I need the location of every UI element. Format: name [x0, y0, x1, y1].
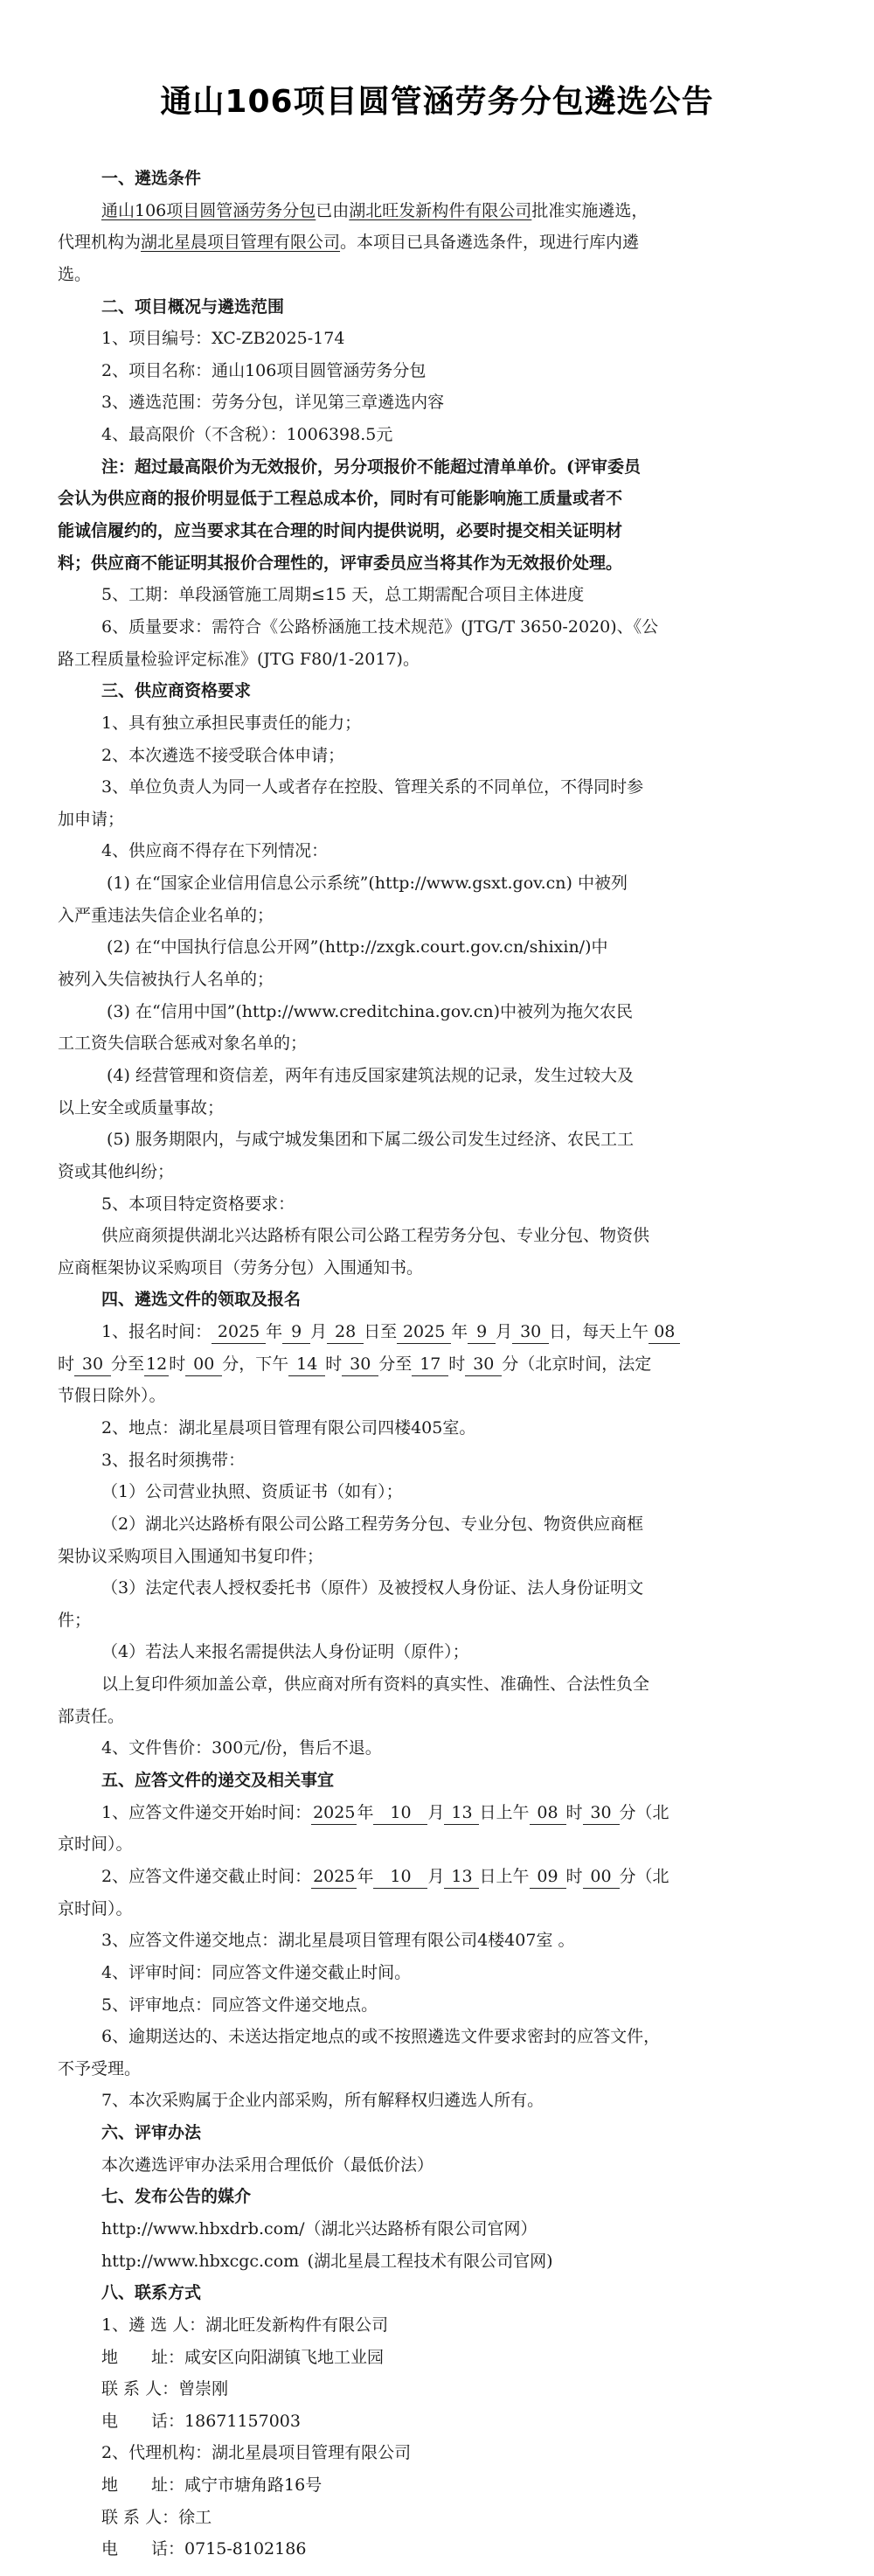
review-time: 4、评审时间：同应答文件递交截止时间。 — [58, 1957, 827, 1989]
text: 日上午 — [479, 1803, 529, 1822]
registration-time-end: 节假日除外）。 — [58, 1380, 827, 1412]
reg-end-month: 9 — [468, 1320, 496, 1344]
value: 湖北星晨项目管理有限公司 — [212, 2443, 411, 2462]
deadline-year: 2025 — [311, 1865, 357, 1889]
text: 月 — [496, 1322, 512, 1341]
project-name: 2、项目名称：通山106项目圆管涵劳务分包 — [58, 355, 827, 387]
material-item: （4）若法人来报名需提供法人身份证明（原件）； — [58, 1636, 827, 1668]
page-title: 通山106项目圆管涵劳务分包遴选公告 — [0, 77, 874, 122]
text: 时 — [566, 1803, 583, 1822]
text: 分至 — [378, 1354, 412, 1374]
agent-name: 2、代理机构：湖北星晨项目管理有限公司 — [58, 2437, 827, 2469]
materials-note-cont: 部责任。 — [58, 1701, 827, 1733]
agent-contact: 联 系 人：徐工 — [58, 2502, 827, 2534]
value: 徐工 — [178, 2508, 212, 2527]
project-name-link: 通山106项目圆管涵劳务分包 — [101, 201, 316, 220]
selector-name: 1、遴 选 人：湖北旺发新构件有限公司 — [58, 2309, 827, 2342]
text: 日上午 — [479, 1867, 529, 1886]
late-submission-rule: 6、逾期送达的、未送达指定地点的或不按照遴选文件要求密封的应答文件， — [58, 2021, 827, 2053]
text: 年 — [357, 1867, 373, 1886]
price-note: 会认为供应商的报价明显低于工程总成本价，同时有可能影响施工质量或者不 — [58, 483, 827, 515]
price-note: 料；供应商不能证明其报价合理性的，评审委员应当将其作为无效报价处理。 — [58, 547, 827, 580]
value: 咸安区向阳湖镇飞地工业园 — [184, 2348, 384, 2367]
submission-start-year: 2025 — [311, 1801, 357, 1825]
reg-am-start-minute: 30 — [74, 1353, 111, 1376]
text: 。本项目已具备遴选条件，现进行库内遴 — [340, 233, 639, 252]
section-heading-qualification: 三、供应商资格要求 — [58, 675, 827, 707]
media-url-link[interactable]: http://www.hbxdrb.com/ — [101, 2219, 305, 2238]
qualification-item: 1、具有独立承担民事责任的能力； — [58, 707, 827, 740]
label: 地 址： — [101, 2348, 184, 2367]
qualification-item: 5、本项目特定资格要求： — [58, 1188, 827, 1221]
document-price: 4、文件售价：300元/份，售后不退。 — [58, 1732, 827, 1765]
conditions-paragraph-cont: 代理机构为湖北星晨项目管理有限公司。本项目已具备遴选条件，现进行库内遴 — [58, 226, 827, 259]
text: 分（北 — [620, 1803, 669, 1822]
selection-scope: 3、遴选范围：劳务分包，详见第三章遴选内容 — [58, 386, 827, 419]
exclusion-item-cont: 入严重违法失信企业名单的； — [58, 900, 827, 932]
reg-pm-start-hour: 14 — [288, 1353, 325, 1376]
late-submission-rule-cont: 不予受理。 — [58, 2053, 827, 2085]
max-price: 4、最高限价（不含税）：1006398.5元 — [58, 419, 827, 451]
registration-time-cont: 时30分至12时00分，下午14时30分至17时30分（北京时间，法定 — [58, 1348, 827, 1381]
material-item-cont: 件； — [58, 1605, 827, 1637]
agent-phone: 电 话：0715-8102186 — [58, 2533, 827, 2566]
label: 联 系 人： — [101, 2379, 178, 2398]
text: 时 — [325, 1354, 342, 1374]
text: 时 — [566, 1867, 583, 1886]
media-url-link[interactable]: http://www.hbxcgc.com — [101, 2252, 299, 2271]
section-heading-contact: 八、联系方式 — [58, 2277, 827, 2309]
materials-note: 以上复印件须加盖公章，供应商对所有资料的真实性、准确性、合法性负全 — [58, 1668, 827, 1701]
reg-pm-start-minute: 30 — [342, 1353, 378, 1376]
value: 曾崇刚 — [178, 2379, 228, 2398]
deadline-minute: 00 — [583, 1865, 620, 1889]
duration: 5、工期：单段涵管施工周期≤15 天，总工期需配合项目主体进度 — [58, 579, 827, 611]
text: 代理机构为 — [58, 233, 141, 252]
text: 分（北 — [620, 1867, 669, 1886]
interpretation-right: 7、本次采购属于企业内部采购，所有解释权归遴选人所有。 — [58, 2085, 827, 2117]
label: 联 系 人： — [101, 2508, 178, 2527]
text: 1、报名时间： — [101, 1322, 212, 1341]
reg-am-end-hour: 12 — [144, 1353, 169, 1376]
exclusion-item: (4) 经营管理和资信差，两年有违反国家建筑法规的记录，发生过较大及 — [58, 1060, 827, 1092]
reg-end-day: 30 — [512, 1320, 549, 1344]
submission-start-day: 13 — [444, 1801, 479, 1825]
text: 时 — [448, 1354, 465, 1374]
selector-company: 湖北旺发新构件有限公司 — [349, 201, 531, 220]
text: 时 — [169, 1354, 185, 1374]
registration-materials: 3、报名时须携带： — [58, 1445, 827, 1477]
specific-qualification: 供应商须提供湖北兴达路桥有限公司公路工程劳务分包、专业分包、物资供 — [58, 1220, 827, 1252]
exclusion-item: (2) 在“中国执行信息公开网”(http://zxgk.court.gov.c… — [58, 931, 827, 964]
text: 年 — [357, 1803, 373, 1822]
section-heading-conditions: 一、遴选条件 — [58, 163, 827, 195]
submission-start-time: 1、应答文件递交开始时间：2025年10月13日上午08时30分（北 — [58, 1797, 827, 1829]
conditions-paragraph-end: 选。 — [58, 259, 827, 291]
agent-company: 湖北星晨项目管理有限公司 — [141, 233, 340, 252]
label: 电 话： — [101, 2539, 184, 2559]
media-desc: （湖北兴达路桥有限公司官网） — [305, 2219, 538, 2238]
media-desc: (湖北星晨工程技术有限公司官网) — [308, 2252, 553, 2271]
reg-start-year: 2025 — [212, 1320, 266, 1344]
registration-location: 2、地点：湖北星晨项目管理有限公司四楼405室。 — [58, 1412, 827, 1445]
text: 分，下午 — [222, 1354, 288, 1374]
label: 电 话： — [101, 2412, 184, 2431]
price-note: 能诚信履约的，应当要求其在合理的时间内提供说明，必要时提交相关证明材 — [58, 515, 827, 547]
section-heading-registration: 四、遴选文件的领取及报名 — [58, 1284, 827, 1316]
specific-qualification-cont: 应商框架协议采购项目（劳务分包）入围通知书。 — [58, 1252, 827, 1285]
section-heading-media: 七、发布公告的媒介 — [58, 2181, 827, 2213]
text: 分（北京时间，法定 — [502, 1354, 651, 1374]
submission-location: 3、应答文件递交地点：湖北星晨项目管理有限公司4楼407室 。 — [58, 1925, 827, 1957]
text: 1、应答文件递交开始时间： — [101, 1803, 311, 1822]
review-location: 5、评审地点：同应答文件递交地点。 — [58, 1989, 827, 2022]
reg-start-month: 9 — [282, 1320, 310, 1344]
exclusion-item: (1) 在“国家企业信用信息公示系统”(http://www.gsxt.gov.… — [58, 867, 827, 900]
selector-contact: 联 系 人：曾崇刚 — [58, 2373, 827, 2405]
reg-am-end-minute: 00 — [185, 1353, 222, 1376]
label: 1、遴 选 人： — [101, 2315, 205, 2335]
phone-value: 18671157003 — [184, 2412, 301, 2431]
reg-am-start-hour: 08 — [649, 1320, 680, 1344]
section-heading-submission: 五、应答文件的递交及相关事宜 — [58, 1765, 827, 1797]
label: 2、代理机构： — [101, 2443, 212, 2462]
phone-value: 0715-8102186 — [184, 2539, 306, 2559]
exclusion-item: (3) 在“信用中国”(http://www.creditchina.gov.c… — [58, 996, 827, 1028]
conditions-paragraph: 通山106项目圆管涵劳务分包已由湖北旺发新构件有限公司批准实施遴选， — [58, 195, 827, 227]
label: 地 址： — [101, 2475, 184, 2495]
deadline-day: 13 — [444, 1865, 479, 1889]
qualification-item: 4、供应商不得存在下列情况： — [58, 835, 827, 867]
submission-start-month: 10 — [373, 1801, 427, 1825]
text: 日，每天上午 — [549, 1322, 649, 1341]
announcement-body: 一、遴选条件 通山106项目圆管涵劳务分包已由湖北旺发新构件有限公司批准实施遴选… — [58, 163, 827, 2566]
value: 咸宁市塘角路16号 — [184, 2475, 322, 2495]
exclusion-item-cont: 被列入失信被执行人名单的； — [58, 964, 827, 996]
selector-phone: 电 话：18671157003 — [58, 2405, 827, 2438]
qualification-item: 2、本次遴选不接受联合体申请； — [58, 740, 827, 772]
value: 湖北旺发新构件有限公司 — [205, 2315, 388, 2335]
reg-pm-end-minute: 30 — [465, 1353, 502, 1376]
exclusion-item-cont: 以上安全或质量事故； — [58, 1092, 827, 1124]
project-number: 1、项目编号：XC-ZB2025-174 — [58, 323, 827, 355]
deadline-hour: 09 — [530, 1865, 566, 1889]
exclusion-item: (5) 服务期限内，与咸宁城发集团和下属二级公司发生过经济、农民工工 — [58, 1124, 827, 1156]
text: 月 — [427, 1803, 444, 1822]
text: 已由 — [316, 201, 349, 220]
section-heading-evaluation: 六、评审办法 — [58, 2117, 827, 2149]
evaluation-method: 本次遴选评审办法采用合理低价（最低价法） — [58, 2149, 827, 2182]
text: 日至 — [364, 1322, 397, 1341]
text: 年 — [451, 1322, 468, 1341]
submission-start-hour: 08 — [530, 1801, 566, 1825]
material-item: （3）法定代表人授权委托书（原件）及被授权人身份证、法人身份证明文 — [58, 1572, 827, 1605]
material-item: （2）湖北兴达路桥有限公司公路工程劳务分包、专业分包、物资供应商框 — [58, 1508, 827, 1541]
quality-requirement: 6、质量要求：需符合《公路桥涵施工技术规范》(JTG/T 3650-2020)、… — [58, 611, 827, 644]
text: 月 — [427, 1867, 444, 1886]
text: 年 — [266, 1322, 282, 1341]
text: 批准实施遴选， — [531, 201, 648, 220]
selector-address: 地 址：咸安区向阳湖镇飞地工业园 — [58, 2342, 827, 2374]
registration-time: 1、报名时间：2025年9月28日至2025年9月30日，每天上午08 — [58, 1316, 827, 1348]
exclusion-item-cont: 资或其他纠纷； — [58, 1156, 827, 1188]
section-heading-overview: 二、项目概况与遴选范围 — [58, 291, 827, 324]
text: 2、应答文件递交截止时间： — [101, 1867, 311, 1886]
material-item: （1）公司营业执照、资质证书（如有）； — [58, 1476, 827, 1508]
media-item: http://www.hbxcgc.com(湖北星晨工程技术有限公司官网) — [58, 2245, 827, 2278]
text: 月 — [310, 1322, 327, 1341]
reg-end-year: 2025 — [397, 1320, 451, 1344]
text: 时 — [58, 1354, 74, 1374]
submission-deadline-cont: 京时间）。 — [58, 1893, 827, 1925]
submission-start-time-cont: 京时间）。 — [58, 1828, 827, 1861]
reg-start-day: 28 — [327, 1320, 364, 1344]
submission-start-minute: 30 — [583, 1801, 620, 1825]
submission-deadline: 2、应答文件递交截止时间：2025年10月13日上午09时00分（北 — [58, 1861, 827, 1893]
deadline-month: 10 — [373, 1865, 427, 1889]
agent-address: 地 址：咸宁市塘角路16号 — [58, 2469, 827, 2502]
text: 分至 — [111, 1354, 144, 1374]
reg-pm-end-hour: 17 — [412, 1353, 448, 1376]
quality-requirement-cont: 路工程质量检验评定标准》(JTG F80/1-2017)。 — [58, 644, 827, 676]
material-item-cont: 架协议采购项目入围通知书复印件； — [58, 1541, 827, 1573]
qualification-item-cont: 加申请； — [58, 804, 827, 836]
media-item: http://www.hbxdrb.com/（湖北兴达路桥有限公司官网） — [58, 2213, 827, 2245]
exclusion-item-cont: 工工资失信联合惩戒对象名单的； — [58, 1027, 827, 1060]
qualification-item: 3、单位负责人为同一人或者存在控股、管理关系的不同单位，不得同时参 — [58, 771, 827, 804]
price-note: 注：超过最高限价为无效报价，另分项报价不能超过清单单价。(评审委员 — [58, 451, 827, 484]
